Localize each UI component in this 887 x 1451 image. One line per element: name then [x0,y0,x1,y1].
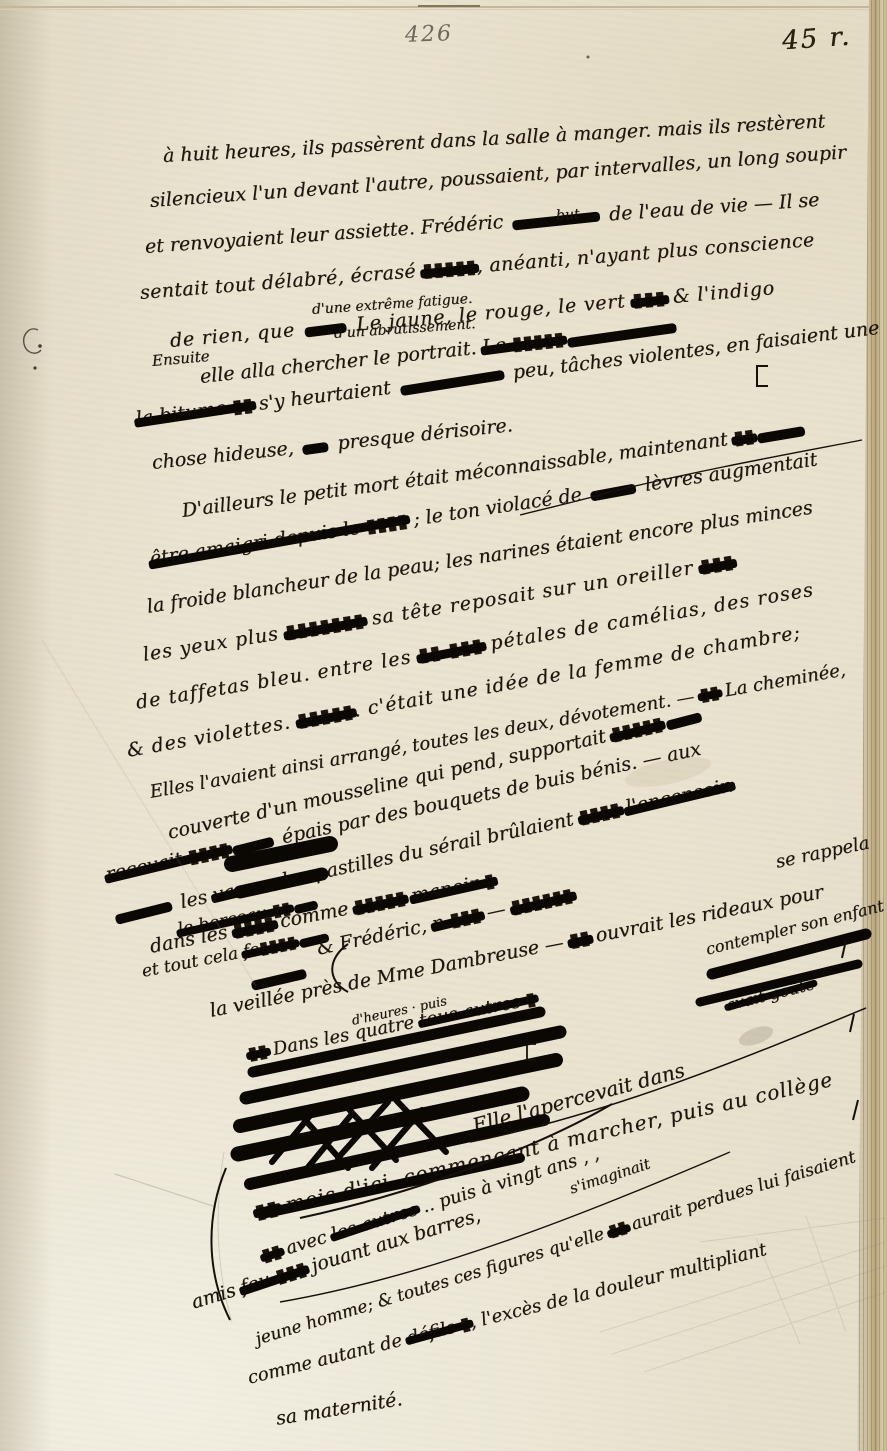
struck-text: ▮▮▮ [699,550,736,577]
folio-number: 45 r. [781,22,852,57]
page-edge-top-dash [418,5,480,7]
page-edge-left-shadow [0,0,52,1451]
struck-text: ▮▮ [732,425,756,450]
handwritten-text: les yeux plus [141,622,287,666]
handwritten-text: s'y heurtaient [252,376,398,415]
struck-text: ▮▮ [698,682,721,706]
handwritten-text: & des violettes. [125,710,299,762]
struck-text: ▮▮ [246,1040,269,1064]
struck-text: l'encensoir. [624,774,735,818]
ink-blot [399,369,504,395]
struck-text: avait goûté [724,974,817,1014]
struck-text: n ▮▮▮ [430,903,483,935]
struck-text: défils ▮ [405,1313,473,1349]
manuscript-line: ▮▮ mois d'ici, commençant à marcher, pui… [252,1067,835,1224]
handwritten-text: , anéanti, n'ayant plus conscience [476,229,816,278]
handwritten-text: et renvoyaient leur assiette. Frédéric [144,211,510,258]
manuscript-line: se rappela [774,832,871,872]
struck-text: ▮▮▮▮▮ [296,700,356,732]
ink-blot [231,836,274,855]
struck-text: vases [211,874,267,906]
ink-blot [757,425,806,442]
struck-text: ▮▮▮ [631,287,667,312]
struck-text: la bitume ▮▮ [135,394,255,430]
ink-blot [304,322,347,337]
ink-blot [293,900,318,914]
handwritten-text: de rien, que [169,319,303,352]
handwritten-text: presque dérisoire. [330,414,513,455]
struck-text: ▮▮▮▮▮▮▮ [284,609,367,643]
page-edge-top-line [0,9,887,10]
ink-blot [665,712,702,730]
handwritten-text: aurait perdues lui faisaient [624,1147,858,1236]
handwritten-text: & l'indigo [665,277,776,308]
ink-blot [302,441,329,454]
ink-blot [590,483,637,501]
margin-ticks [842,940,858,1120]
page-edge-right-binding [847,0,887,1451]
manuscript-line: but [555,206,580,224]
struck-text: ▮▮▮▮▮ [422,256,478,282]
struck-text: ▮▮▮▮▮ [352,887,408,919]
pencil-page-number: 426 [405,21,454,48]
handwritten-text: chose hideuse, [151,437,301,474]
handwritten-text: les [172,885,215,915]
manuscript-line: avait goûté [724,974,817,1014]
struck-text: ▮▮▮▮ [577,798,622,828]
handwritten-text: but [555,206,580,224]
struck-text: ▮▮ [567,926,592,952]
struck-text: ▮▮ [252,1195,281,1224]
manuscript-line: amis feu ▮▮▮ jouant aux barres, [189,1204,483,1313]
handwritten-text: sa maternité. [274,1388,404,1430]
struck-text: recevait ▮▮▮▮ [104,838,232,886]
struck-text: Le ▮▮▮▮▮ [481,328,565,358]
ink-blot [114,901,173,924]
manuscript-line: sa maternité. [274,1388,404,1430]
struck-text: ▮▮ ▮▮▮ [417,634,485,667]
manuscript-page: 426 45 r. à huit heures, ils passèrent d… [0,0,887,1451]
handwritten-text: amis [189,1278,244,1314]
handwritten-text: se rappela [774,832,871,872]
handwritten-text: de l'eau de vie — Il se [602,189,820,226]
handwritten-text: — [478,897,513,925]
handwritten-text: ; le ton violacé de [406,483,589,532]
handwritten-text: La cheminée, [717,660,847,703]
struck-text: ▮▮▮▮▮▮ [509,884,575,919]
